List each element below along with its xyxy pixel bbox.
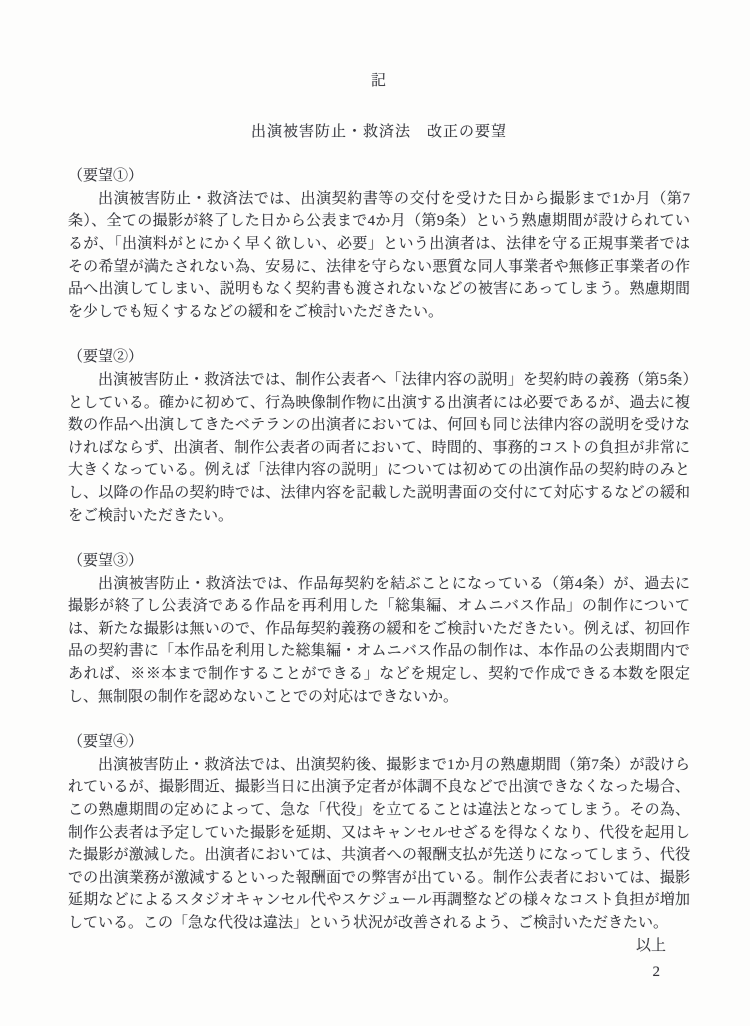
section-heading: （要望③）	[68, 550, 690, 573]
section-request-3: （要望③） 出演被害防止・救済法では、作品毎契約を結ぶことになっている（第4条）…	[68, 550, 690, 708]
page-number: 2	[68, 961, 690, 984]
doc-title: 出演被害防止・救済法 改正の要望	[68, 121, 690, 144]
section-heading: （要望②）	[68, 346, 690, 369]
section-body: 出演被害防止・救済法では、出演契約書等の交付を受けた日から撮影まで1か月（第7条…	[68, 188, 690, 324]
section-heading: （要望①）	[68, 165, 690, 188]
section-heading: （要望④）	[68, 731, 690, 754]
section-body: 出演被害防止・救済法では、作品毎契約を結ぶことになっている（第4条）が、過去に撮…	[68, 573, 690, 709]
section-request-2: （要望②） 出演被害防止・救済法では、制作公表者へ「法律内容の説明」を契約時の義…	[68, 346, 690, 527]
doc-header-mark: 記	[68, 70, 690, 93]
section-body: 出演被害防止・救済法では、出演契約後、撮影まで1か月の熟慮期間（第7条）が設けら…	[68, 754, 690, 935]
section-request-4: （要望④） 出演被害防止・救済法では、出演契約後、撮影まで1か月の熟慮期間（第7…	[68, 731, 690, 934]
document-page: 記 出演被害防止・救済法 改正の要望 （要望①） 出演被害防止・救済法では、出演…	[0, 0, 750, 1026]
section-body: 出演被害防止・救済法では、制作公表者へ「法律内容の説明」を契約時の義務（第5条）…	[68, 369, 690, 527]
closing-mark: 以上	[68, 935, 690, 958]
section-request-1: （要望①） 出演被害防止・救済法では、出演契約書等の交付を受けた日から撮影まで1…	[68, 165, 690, 323]
